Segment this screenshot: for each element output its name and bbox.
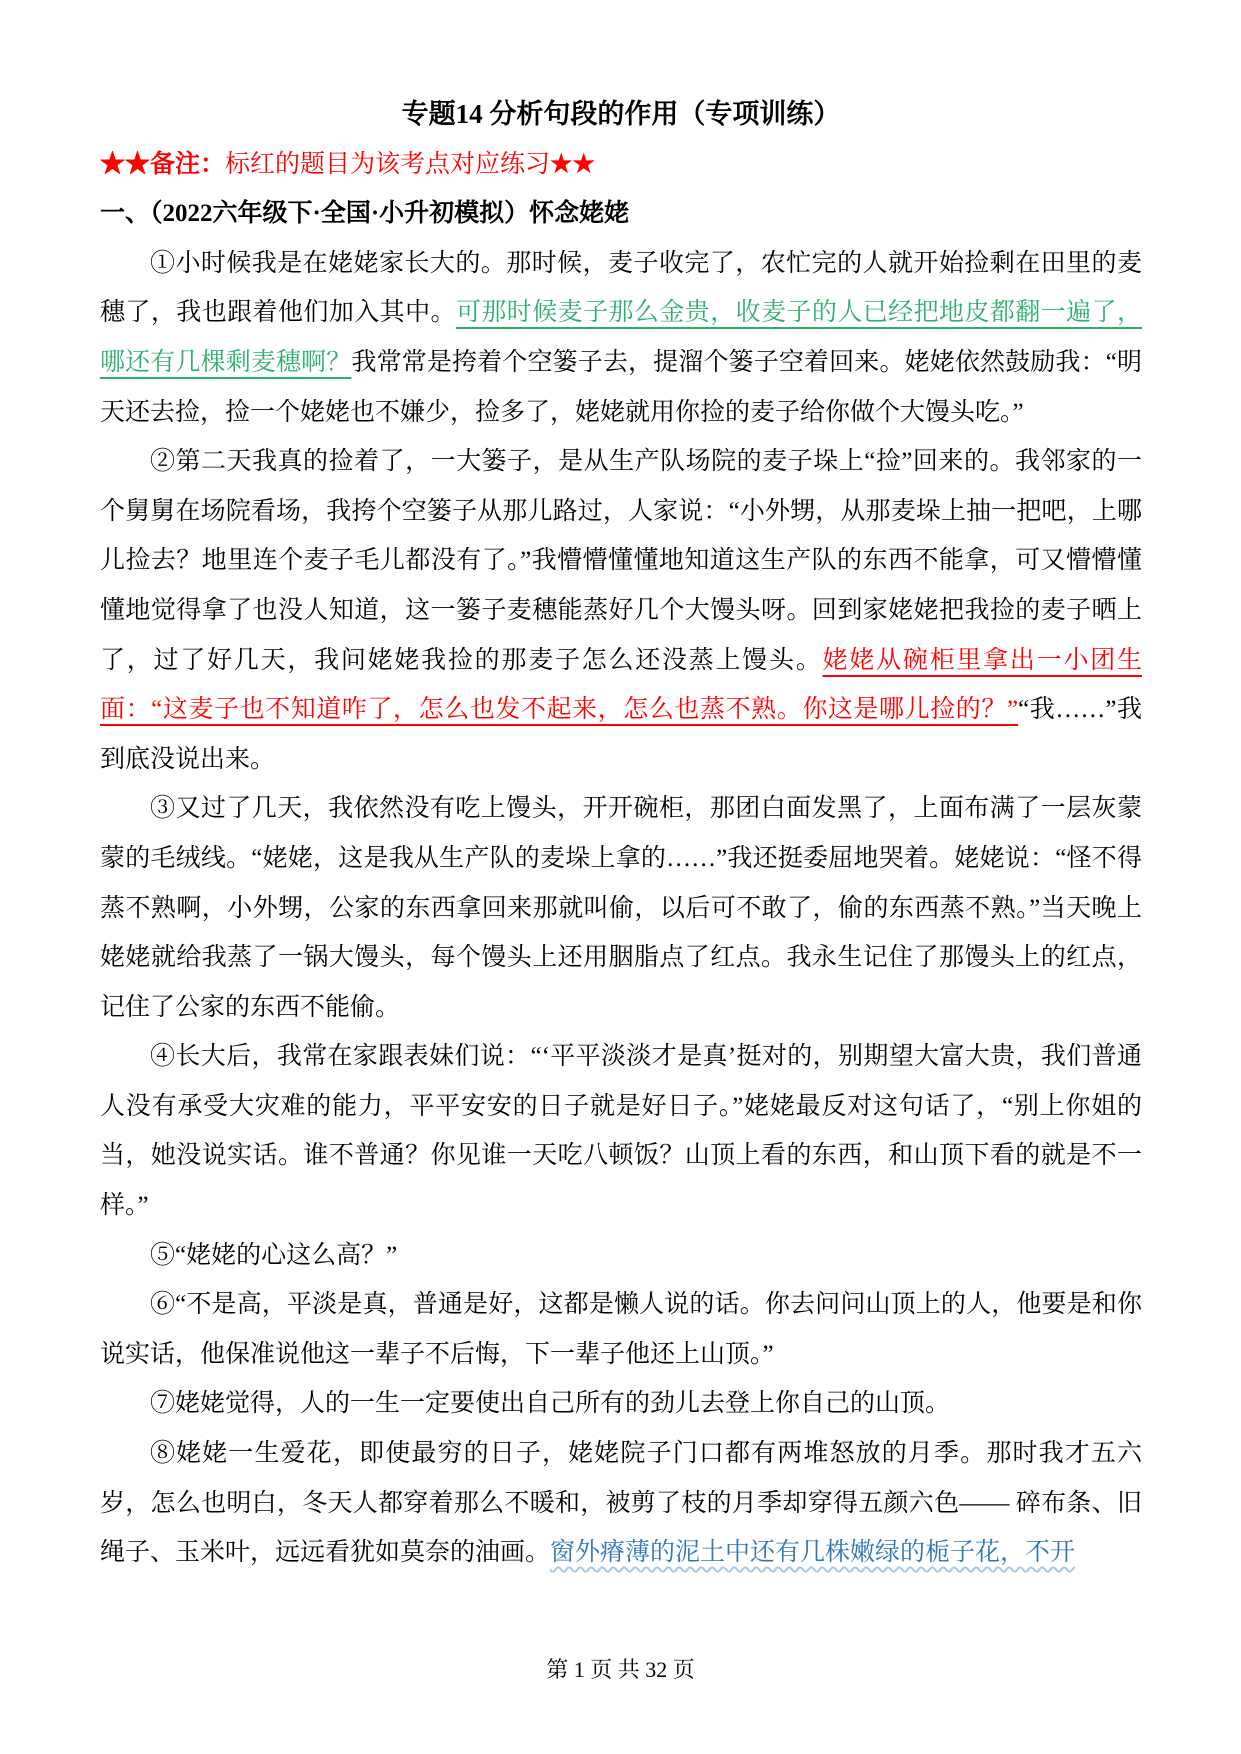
text-run-normal: ②第二天我真的捡着了，一大篓子，是从生产队场院的麦子垛上“捡”回来的。我邻家的一… [100, 448, 1142, 673]
paragraph-3: ③又过了几天，我依然没有吃上馒头，开开碗柜，那团白面发黑了，上面布满了一层灰蒙蒙… [100, 784, 1142, 1032]
paragraph-6: ⑥“不是高，平淡是真，普通是好，这都是懒人说的话。你去问问山顶上的人，他要是和你… [100, 1280, 1142, 1379]
text-run-normal: ⑦姥姥觉得，人的一生一定要使出自己所有的劲儿去登上你自己的山顶。 [150, 1390, 950, 1417]
document-page: 专题14 分析句段的作用（专项训练） ★★备注：标红的题目为该考点对应练习★★ … [0, 0, 1241, 1754]
document-content: 专题14 分析句段的作用（专项训练） ★★备注：标红的题目为该考点对应练习★★ … [100, 90, 1142, 1578]
paragraph-7: ⑦姥姥觉得，人的一生一定要使出自己所有的劲儿去登上你自己的山顶。 [100, 1379, 1142, 1429]
note-body: 标红的题目为该考点对应练习 [225, 151, 550, 178]
section-heading: 一、（2022六年级下·全国·小升初模拟）怀念姥姥 [100, 189, 1142, 239]
text-run-normal: ④长大后，我常在家跟表妹们说：“‘平平淡淡才是真’挺对的，别期望大富大贵，我们普… [100, 1043, 1142, 1219]
paragraph-1: ①小时候我是在姥姥家长大的。那时候，麦子收完了，农忙完的人就开始捡剩在田里的麦穗… [100, 239, 1142, 437]
text-run-blue-wavy: 窗外瘠薄的泥土中还有几株嫩绿的栀子花，不开 [550, 1539, 1075, 1566]
paragraph-4: ④长大后，我常在家跟表妹们说：“‘平平淡淡才是真’挺对的，别期望大富大贵，我们普… [100, 1032, 1142, 1230]
page-footer: 第 1 页 共 32 页 [0, 1655, 1241, 1685]
paragraph-8: ⑧姥姥一生爱花，即使最穷的日子，姥姥院子门口都有两堆怒放的月季。那时我才五六岁，… [100, 1429, 1142, 1578]
text-run-normal: ⑥“不是高，平淡是真，普通是好，这都是懒人说的话。你去问问山顶上的人，他要是和你… [100, 1291, 1142, 1368]
page-title: 专题14 分析句段的作用（专项训练） [100, 90, 1142, 140]
paragraph-2: ②第二天我真的捡着了，一大篓子，是从生产队场院的麦子垛上“捡”回来的。我邻家的一… [100, 437, 1142, 784]
text-run-normal: ③又过了几天，我依然没有吃上馒头，开开碗柜，那团白面发黑了，上面布满了一层灰蒙蒙… [100, 795, 1142, 1020]
note-stars-prefix: ★★ [100, 151, 150, 178]
paragraph-5: ⑤“姥姥的心这么高？” [100, 1231, 1142, 1281]
body-text: ①小时候我是在姥姥家长大的。那时候，麦子收完了，农忙完的人就开始捡剩在田里的麦穗… [100, 239, 1142, 1578]
note-label: 备注： [150, 151, 225, 178]
note-line: ★★备注：标红的题目为该考点对应练习★★ [100, 140, 1142, 190]
text-run-normal: ⑤“姥姥的心这么高？” [150, 1242, 397, 1269]
note-stars-suffix: ★★ [550, 151, 595, 178]
